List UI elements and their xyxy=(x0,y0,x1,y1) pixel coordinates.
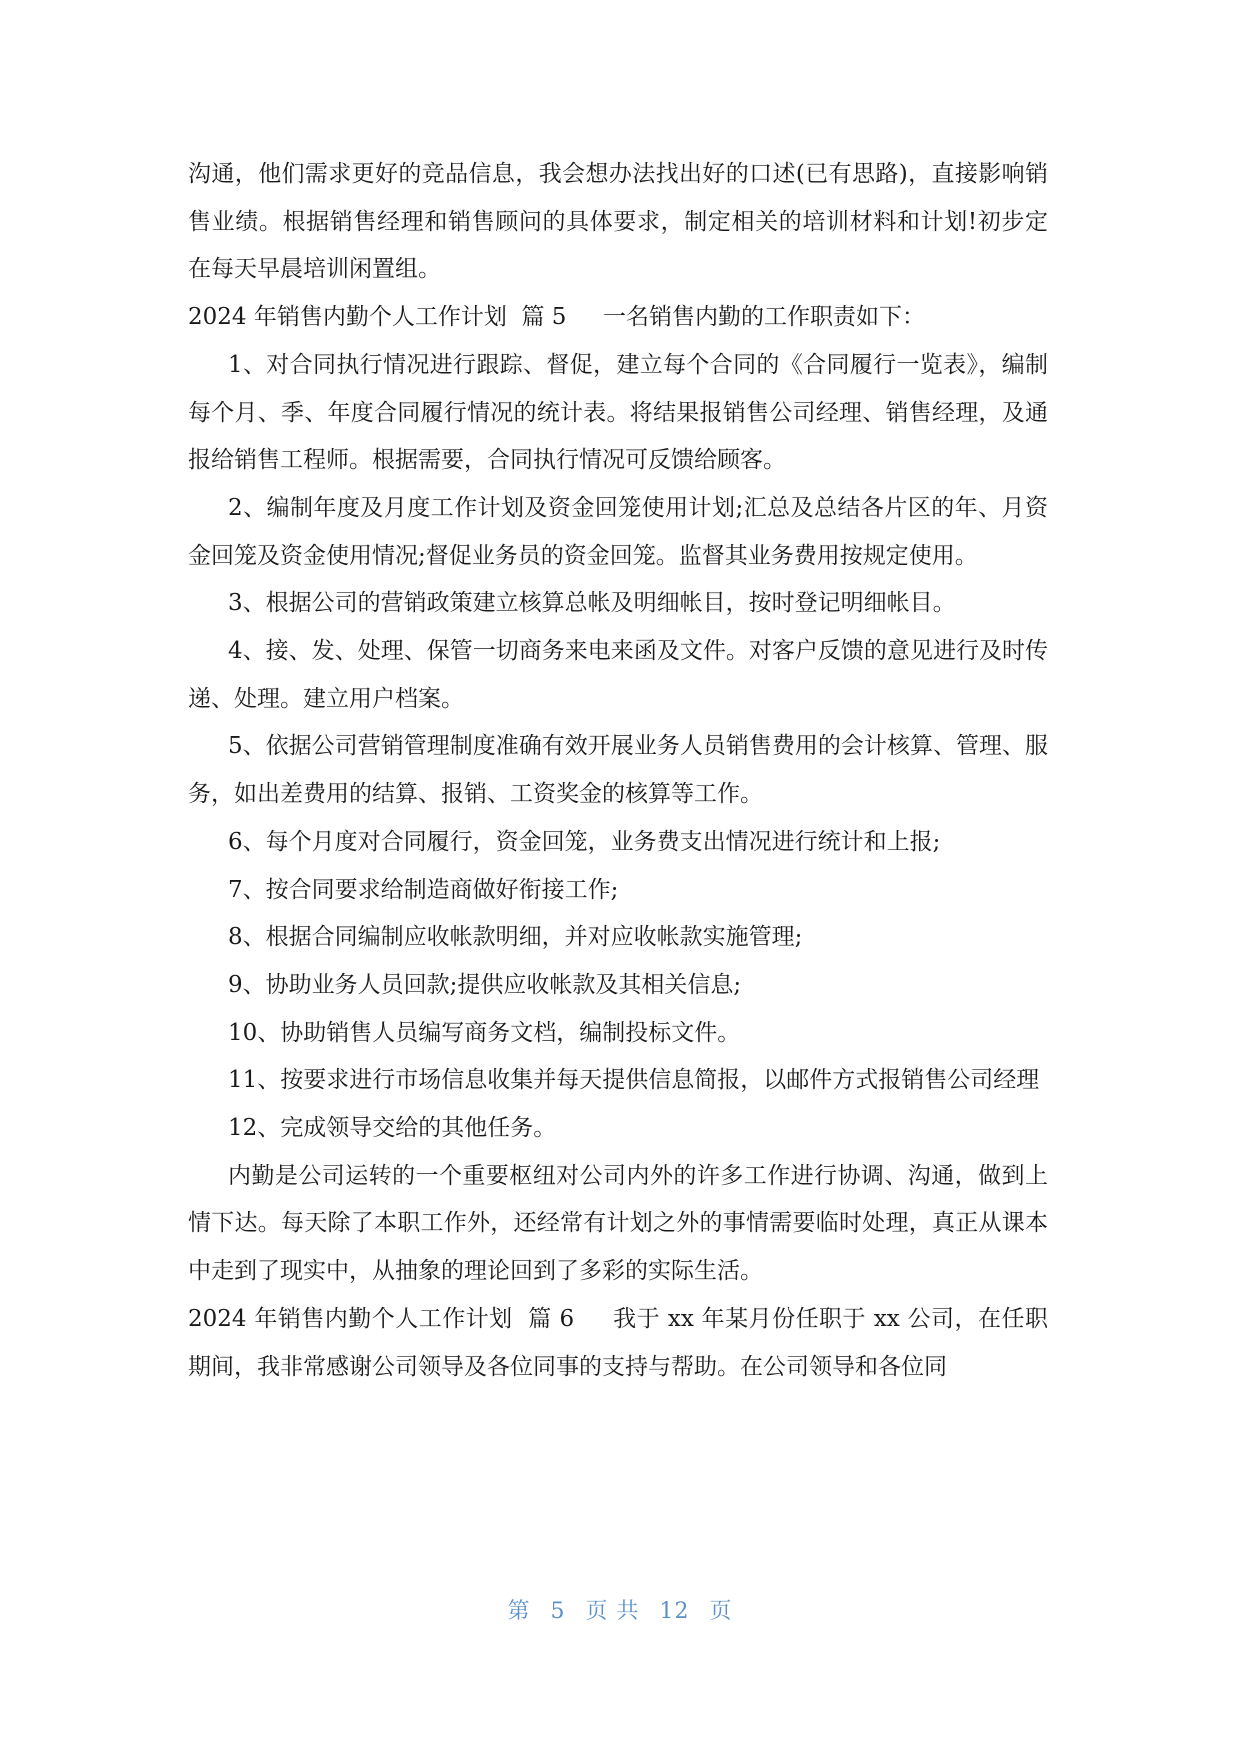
footer-suffix: 页 xyxy=(710,1599,733,1624)
total-pages-number: 12 xyxy=(660,1599,690,1624)
document-body: 沟通，他们需求更好的竞品信息，我会想办法找出好的口述(已有思路)，直接影响销售业… xyxy=(188,151,1048,1391)
section-heading-6: 2024 年销售内勤个人工作计划 篇 6 我于 xx 年某月份任职于 xx 公司… xyxy=(188,1296,1048,1391)
current-page-number: 5 xyxy=(551,1599,566,1624)
page-footer: 第5页 共12页 xyxy=(0,1594,1240,1625)
paragraph: 沟通，他们需求更好的竞品信息，我会想办法找出好的口述(已有思路)，直接影响销售业… xyxy=(188,151,1048,294)
list-item-5: 5、依据公司营销管理制度准确有效开展业务人员销售费用的会计核算、管理、服务，如出… xyxy=(188,723,1048,818)
list-item-3: 3、根据公司的营销政策建立核算总帐及明细帐目，按时登记明细帐目。 xyxy=(188,580,1048,628)
section-heading-5: 2024 年销售内勤个人工作计划 篇 5 一名销售内勤的工作职责如下： xyxy=(188,294,1048,342)
list-item-4: 4、接、发、处理、保管一切商务来电来函及文件。对客户反馈的意见进行及时传递、处理… xyxy=(188,628,1048,723)
paragraph: 内勤是公司运转的一个重要枢纽对公司内外的许多工作进行协调、沟通，做到上情下达。每… xyxy=(188,1153,1048,1296)
list-item-7: 7、按合同要求给制造商做好衔接工作; xyxy=(188,867,1048,915)
list-item-10: 10、协助销售人员编写商务文档，编制投标文件。 xyxy=(188,1010,1048,1058)
list-item-1: 1、对合同执行情况进行跟踪、督促，建立每个合同的《合同履行一览表》，编制每个月、… xyxy=(188,342,1048,485)
list-item-6: 6、每个月度对合同履行，资金回笼，业务费支出情况进行统计和上报; xyxy=(188,819,1048,867)
list-item-11: 11、按要求进行市场信息收集并每天提供信息简报，以邮件方式报销售公司经理 xyxy=(188,1057,1048,1105)
footer-middle: 页 共 xyxy=(586,1599,640,1624)
list-item-9: 9、协助业务人员回款;提供应收帐款及其相关信息; xyxy=(188,962,1048,1010)
list-item-2: 2、编制年度及月度工作计划及资金回笼使用计划;汇总及总结各片区的年、月资金回笼及… xyxy=(188,485,1048,580)
footer-prefix: 第 xyxy=(507,1599,530,1624)
list-item-8: 8、根据合同编制应收帐款明细，并对应收帐款实施管理; xyxy=(188,914,1048,962)
list-item-12: 12、完成领导交给的其他任务。 xyxy=(188,1105,1048,1153)
document-page: 沟通，他们需求更好的竞品信息，我会想办法找出好的口述(已有思路)，直接影响销售业… xyxy=(0,0,1240,1753)
